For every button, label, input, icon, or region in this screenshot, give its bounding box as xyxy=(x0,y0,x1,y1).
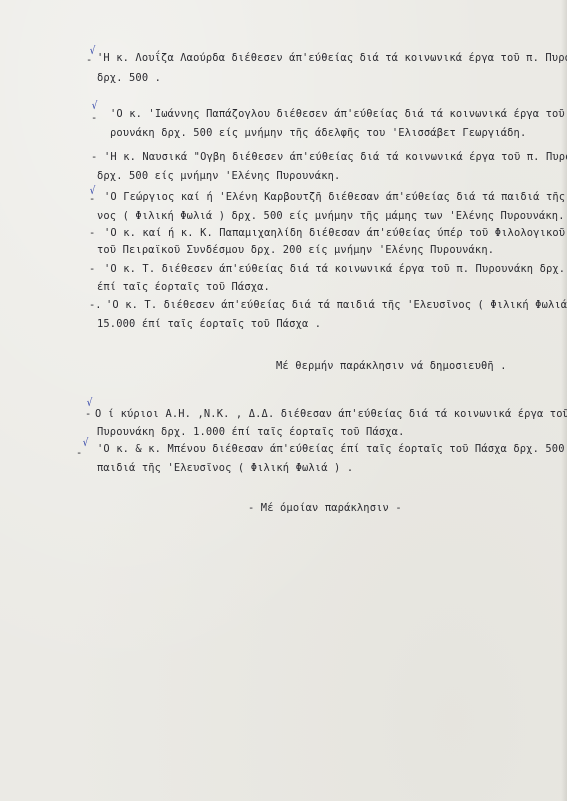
entry-2-line-2: ρουνάκη δρχ. 500 είς μνήμην τῆς άδελφῆς … xyxy=(110,127,526,139)
entry-8-line-2: Πυρουνάκη δρχ. 1.000 έπί ταῖς έορταῖς το… xyxy=(97,426,404,438)
entry-3-line-1: 'Η κ. Ναυσικά "Ογβη διέθεσεν άπ'εύθείας … xyxy=(104,151,567,163)
entry-dash: - xyxy=(89,227,95,239)
entry-dash: -. xyxy=(89,299,102,311)
entry-dash: - xyxy=(89,263,95,275)
entry-4-line-2: νος ( Φιλική Φωλιά ) δρχ. 500 είς μνήμην… xyxy=(97,210,565,222)
closing-similar-request: - Μέ όμοίαν παράκλησιν - xyxy=(248,502,402,514)
entry-5-line-1: 'Ο κ. καί ή κ. Κ. Παπαμιχαηλίδη διέθεσαν… xyxy=(104,227,567,239)
entry-6-line-1: 'Ο κ. Τ. διέθεσεν άπ'εύθείας διά τά κοιν… xyxy=(104,263,567,275)
handwritten-check-icon: √ xyxy=(83,437,89,448)
entry-4-line-1: 'Ο Γεώργιος καί ή 'Ελένη Καρβουτζῆ διέθε… xyxy=(104,191,567,203)
entry-9-line-1: 'Ο κ. & κ. Μπένου διέθεσαν άπ'εύθείας έπ… xyxy=(97,443,567,455)
handwritten-check-icon: √ xyxy=(87,397,93,408)
entry-dash: - xyxy=(85,408,91,420)
entry-1-line-1: 'Η κ. Λουΐζα Λαούρδα διέθεσεν άπ'εύθείας… xyxy=(97,52,567,64)
entry-6-line-2: έπί ταῖς έορταῖς τοῦ Πάσχα. xyxy=(97,281,270,293)
entry-dash: - xyxy=(91,151,97,163)
entry-7-line-2: 15.000 έπί ταῖς έορταῖς τοῦ Πάσχα . xyxy=(97,318,321,330)
paper-edge xyxy=(561,0,567,801)
entry-3-line-2: δρχ. 500 είς μνήμην 'Ελένης Πυρουνάκη. xyxy=(97,170,340,182)
handwritten-check-icon: √ xyxy=(92,100,98,111)
entry-2-line-1: 'Ο κ. 'Ιωάννης Παπάζογλου διέθεσεν άπ'εύ… xyxy=(110,108,567,120)
entry-dash: - xyxy=(76,447,82,459)
entry-7-line-1: 'Ο κ. Τ. διέθεσεν άπ'εύθείας διά τά παιδ… xyxy=(106,299,567,311)
entry-1-line-2: δρχ. 500 . xyxy=(97,72,161,84)
entry-9-line-2: παιδιά τῆς 'Ελευσῖνος ( Φιλική Φωλιά ) . xyxy=(97,462,353,474)
entry-dash: - xyxy=(86,54,92,66)
entry-dash: - xyxy=(91,112,97,124)
entry-dash: - xyxy=(89,193,95,205)
paper-page xyxy=(0,0,567,801)
closing-request-publish: Μέ θερμήν παράκλησιν νά δημοσιευθῆ . xyxy=(276,360,507,372)
entry-5-line-2: τοῦ Πειραϊκοῦ Συνδέσμου δρχ. 200 είς μνή… xyxy=(97,244,494,256)
entry-8-line-1: Ο ί κύριοι Α.Η. ,Ν.Κ. , Δ.Δ. διέθεσαν άπ… xyxy=(95,408,567,420)
